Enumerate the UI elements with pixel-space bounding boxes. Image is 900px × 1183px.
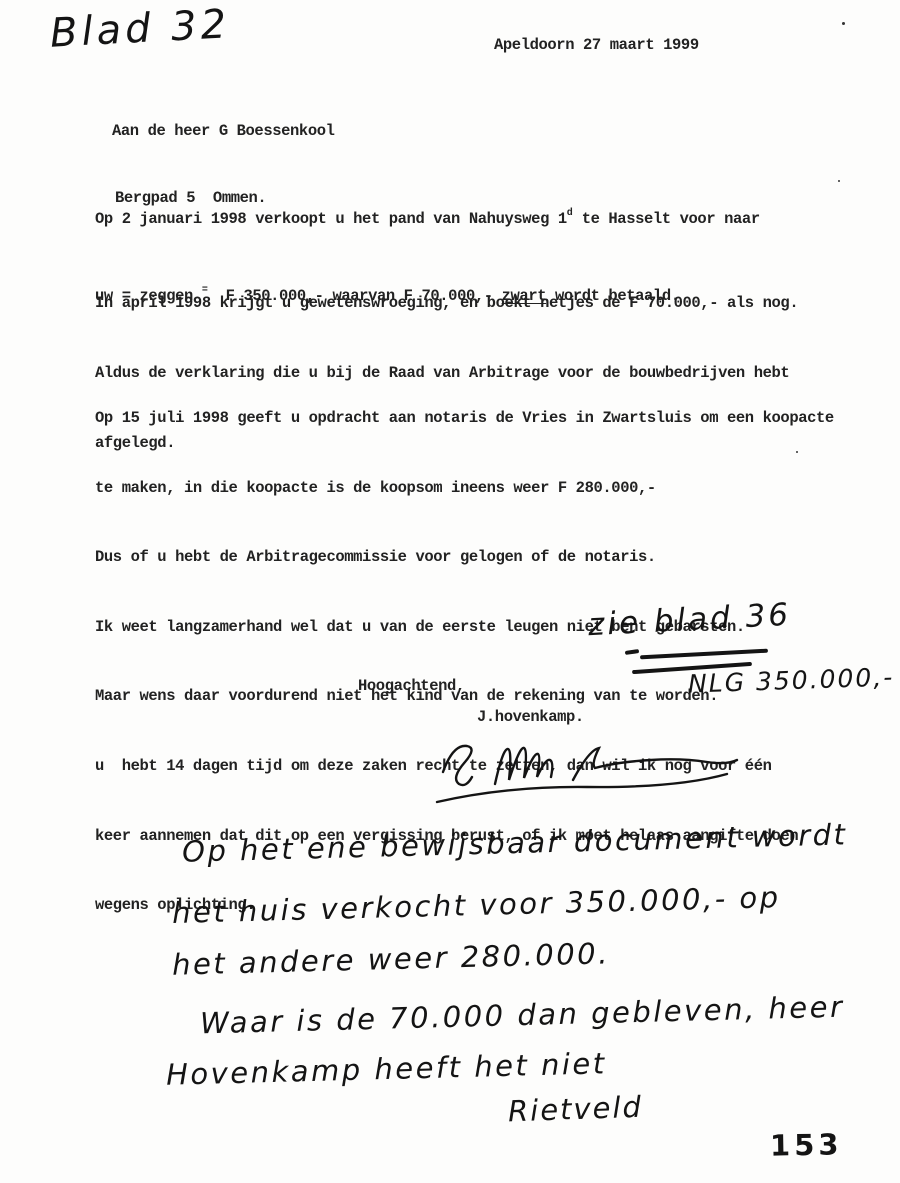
handwritten-signature: [425, 722, 745, 812]
handwritten-note-line-4: Waar is de 70.000 dan gebleven, heer: [200, 990, 845, 1041]
paragraph-2-line-1: In april 1998 krijgt u gewetenswroeging,…: [95, 286, 798, 320]
date-line: Apeldoorn 27 maart 1999: [494, 36, 699, 54]
paragraph-3-line-2: te maken, in die koopacte is de koopsom …: [95, 472, 834, 506]
recipient-name: Aan de heer G Boessenkool: [112, 116, 335, 147]
handwritten-amount-note: NLG 350.000,-: [688, 662, 895, 698]
paragraph-3: Op 15 juli 1998 geeft u opdracht aan not…: [95, 366, 834, 959]
paragraph-3-line-1: Op 15 juli 1998 geeft u opdracht aan not…: [95, 402, 834, 436]
handwritten-page-number: 153: [770, 1127, 843, 1162]
handwritten-page-label: Blad 32: [49, 1, 231, 56]
p1-l1-pre: Op 2 januari 1998 verkoopt u het pand va…: [95, 210, 567, 228]
p1-l1-post: te Hasselt voor naar: [573, 210, 760, 228]
scan-speck: [796, 451, 798, 453]
salutation: Hoogachtend,: [358, 677, 465, 695]
handwritten-note-line-5: Hovenkamp heeft het niet: [166, 1046, 607, 1092]
paragraph-3-line-3: Dus of u hebt de Arbitragecommissie voor…: [95, 541, 834, 575]
scanned-letter-page: Blad 32 Apeldoorn 27 maart 1999 Aan de h…: [0, 0, 900, 1183]
scan-speck: [838, 180, 840, 182]
handwritten-note-signature: Rietveld: [507, 1090, 643, 1129]
paragraph-1-line-1: Op 2 januari 1998 verkoopt u het pand va…: [95, 196, 760, 237]
scan-speck: [842, 22, 845, 25]
